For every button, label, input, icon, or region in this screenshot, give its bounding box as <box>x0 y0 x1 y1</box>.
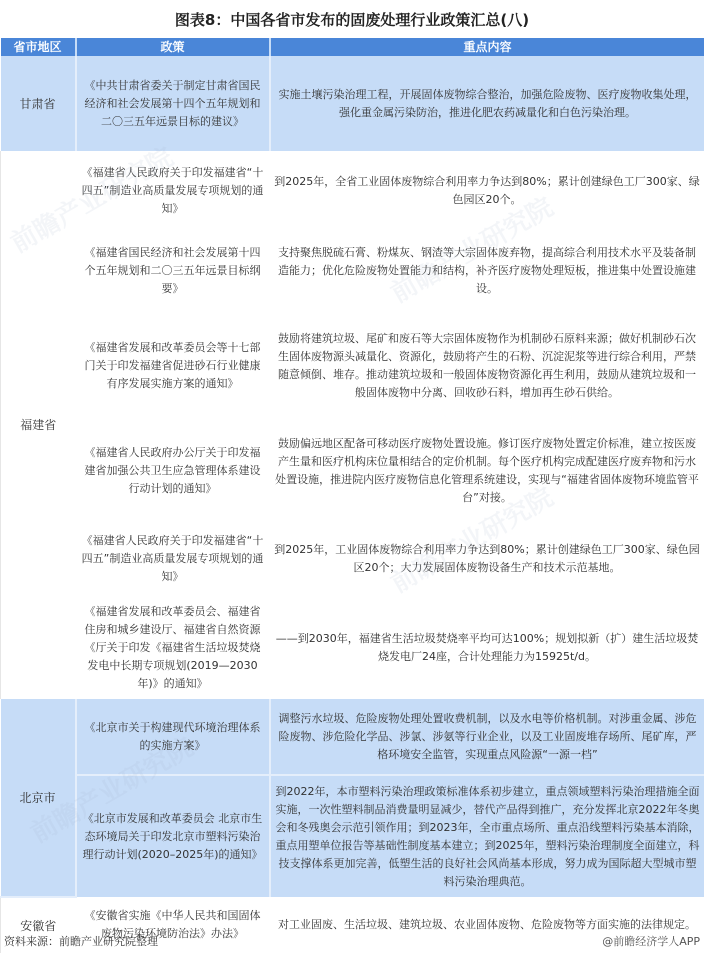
policy-table: 省市地区 政策 重点内容 甘肃省 《中共甘肃省委关于制定甘肃省国民经济和社会发展… <box>0 38 704 953</box>
table-row: 《福建省人民政府办公厅关于印发福建省加强公共卫生应急管理体系建设行动计划的通知》… <box>1 421 704 521</box>
content-cell: 到2022年，本市塑料污染治理政策标准体系初步建立，重点领域塑料污染治理措施全面… <box>270 775 704 897</box>
table-row: 《北京市发展和改革委员会 北京市生态环境局关于印发北京市塑料污染治理行动计划(2… <box>1 775 704 897</box>
policy-cell: 《福建省发展和改革委员会、福建省住房和城乡建设厅、福建省自然资源《厅关于印发《福… <box>76 596 270 699</box>
table-row: 《福建省发展和改革委员会等十七部门关于印发福建省促进砂石行业健康有序发展实施方案… <box>1 311 704 421</box>
header-content: 重点内容 <box>270 38 704 56</box>
chart-title: 图表8：中国各省市发布的固废处理行业政策汇总(八) <box>0 8 704 32</box>
source-note: 资料来源：前瞻产业研究院整理 <box>4 933 158 949</box>
policy-cell: 《北京市发展和改革委员会 北京市生态环境局关于印发北京市塑料污染治理行动计划(2… <box>76 775 270 897</box>
region-cell: 北京市 <box>1 699 76 897</box>
table-row: 《福建省发展和改革委员会、福建省住房和城乡建设厅、福建省自然资源《厅关于印发《福… <box>1 596 704 699</box>
policy-cell: 《福建省人民政府办公厅关于印发福建省加强公共卫生应急管理体系建设行动计划的通知》 <box>76 421 270 521</box>
content-cell: 鼓励将建筑垃圾、尾矿和废石等大宗固体废物作为机制砂石原料来源；做好机制砂石次生固… <box>270 311 704 421</box>
content-cell: 到2025年，全省工业固体废物综合利用率力争达到80%；累计创建绿色工厂300家… <box>270 151 704 231</box>
header-region: 省市地区 <box>1 38 76 56</box>
table-row: 《福建省国民经济和社会发展第十四个五年规划和二〇三五年远景目标纲要》 支持聚焦脱… <box>1 231 704 311</box>
content-cell: 鼓励偏远地区配备可移动医疗废物处置设施。修订医疗废物处置定价标准，建立按医废产生… <box>270 421 704 521</box>
policy-cell: 《福建省人民政府关于印发福建省“十四五”制造业高质量发展专项规划的通知》 <box>76 521 270 596</box>
policy-cell: 《福建省人民政府关于印发福建省“十四五”制造业高质量发展专项规划的通知》 <box>76 151 270 231</box>
table-row: 《福建省人民政府关于印发福建省“十四五”制造业高质量发展专项规划的通知》 到20… <box>1 521 704 596</box>
content-cell: ——到2030年，福建省生活垃圾焚烧率平均可达100%；规划拟新（扩）建生活垃圾… <box>270 596 704 699</box>
policy-cell: 《福建省国民经济和社会发展第十四个五年规划和二〇三五年远景目标纲要》 <box>76 231 270 311</box>
region-cell: 福建省 <box>1 151 76 699</box>
credit-note: @前瞻经济学人APP <box>602 933 700 949</box>
policy-cell: 《福建省发展和改革委员会等十七部门关于印发福建省促进砂石行业健康有序发展实施方案… <box>76 311 270 421</box>
table-row: 北京市 《北京市关于构建现代环境治理体系的实施方案》 调整污水垃圾、危险废物处理… <box>1 699 704 775</box>
content-cell: 支持聚焦脱硫石膏、粉煤灰、钢渣等大宗固体废弃物，提高综合利用技术水平及装备制造能… <box>270 231 704 311</box>
policy-cell: 《北京市关于构建现代环境治理体系的实施方案》 <box>76 699 270 775</box>
table-row: 甘肃省 《中共甘肃省委关于制定甘肃省国民经济和社会发展第十四个五年规划和二〇三五… <box>1 56 704 151</box>
region-cell: 甘肃省 <box>1 56 76 151</box>
table-header-row: 省市地区 政策 重点内容 <box>1 38 704 56</box>
content-cell: 实施土壤污染治理工程，开展固体废物综合整治，加强危险废物、医疗废物收集处理，强化… <box>270 56 704 151</box>
content-cell: 调整污水垃圾、危险废物处理处置收费机制，以及水电等价格机制。对涉重金属、涉危险废… <box>270 699 704 775</box>
table-row: 福建省 《福建省人民政府关于印发福建省“十四五”制造业高质量发展专项规划的通知》… <box>1 151 704 231</box>
content-cell: 到2025年，工业固体废物综合利用率力争达到80%；累计创建绿色工厂300家、绿… <box>270 521 704 596</box>
policy-cell: 《中共甘肃省委关于制定甘肃省国民经济和社会发展第十四个五年规划和二〇三五年远景目… <box>76 56 270 151</box>
header-policy: 政策 <box>76 38 270 56</box>
